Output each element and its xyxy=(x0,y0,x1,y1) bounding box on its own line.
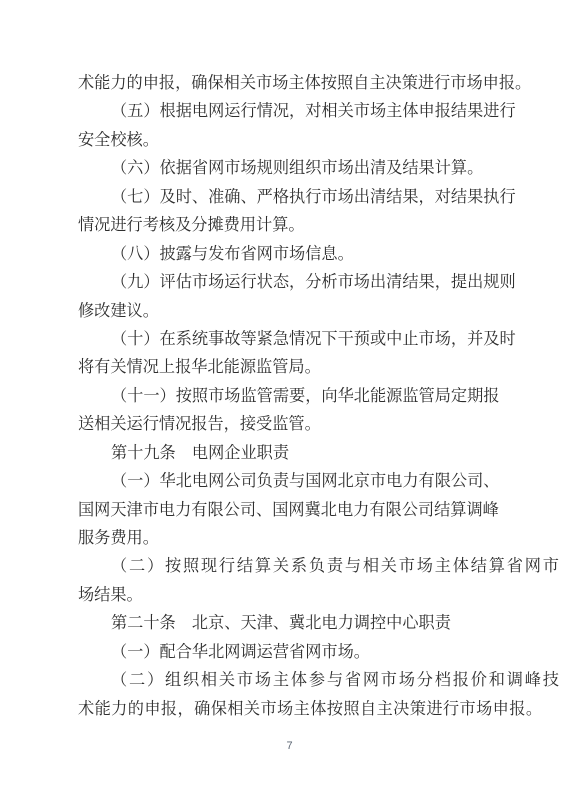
clause-5-line: （五）根据电网运行情况，对相关市场主体申报结果进行 xyxy=(78,97,528,125)
text-line: 服务费用。 xyxy=(78,524,528,552)
clause-8-line: （八）披露与发布省网市场信息。 xyxy=(78,240,528,268)
document-body: 术能力的申报，确保相关市场主体按照自主决策进行市场申报。 （五）根据电网运行情况… xyxy=(78,69,528,723)
clause-7-line: （七）及时、准确、严格执行市场出清结果，对结果执行 xyxy=(78,183,528,211)
clause-1-line: （一）配合华北网调运营省网市场。 xyxy=(78,638,528,666)
text-line: 情况进行考核及分摊费用计算。 xyxy=(78,211,528,239)
clause-1-line: （一）华北电网公司负责与国网北京市电力有限公司、 xyxy=(78,467,528,495)
text-line: 修改建议。 xyxy=(78,297,528,325)
text-line: 术能力的申报，确保相关市场主体按照自主决策进行市场申报。 xyxy=(78,695,528,723)
clause-11-line: （十一）按照市场监管需要，向华北能源监管局定期报 xyxy=(78,382,528,410)
text-line: 术能力的申报，确保相关市场主体按照自主决策进行市场申报。 xyxy=(78,69,528,97)
article-19-heading: 第十九条 电网企业职责 xyxy=(78,439,528,467)
text-line: 国网天津市电力有限公司、国网冀北电力有限公司结算调峰 xyxy=(78,496,528,524)
text-line: 场结果。 xyxy=(78,581,528,609)
document-page: 术能力的申报，确保相关市场主体按照自主决策进行市场申报。 （五）根据电网运行情况… xyxy=(0,0,566,800)
text-line: 将有关情况上报华北能源监管局。 xyxy=(78,353,528,381)
clause-10-line: （十）在系统事故等紧急情况下干预或中止市场，并及时 xyxy=(78,325,528,353)
clause-2-line: （二）按照现行结算关系负责与相关市场主体结算省网市 xyxy=(78,552,528,580)
clause-9-line: （九）评估市场运行状态，分析市场出清结果，提出规则 xyxy=(78,268,528,296)
text-line: 安全校核。 xyxy=(78,126,528,154)
article-20-heading: 第二十条 北京、天津、冀北电力调控中心职责 xyxy=(78,609,528,637)
page-number: 7 xyxy=(0,739,566,753)
clause-6-line: （六）依据省网市场规则组织市场出清及结果计算。 xyxy=(78,154,528,182)
text-line: 送相关运行情况报告，接受监管。 xyxy=(78,410,528,438)
clause-2-line: （二）组织相关市场主体参与省网市场分档报价和调峰技 xyxy=(78,666,528,694)
